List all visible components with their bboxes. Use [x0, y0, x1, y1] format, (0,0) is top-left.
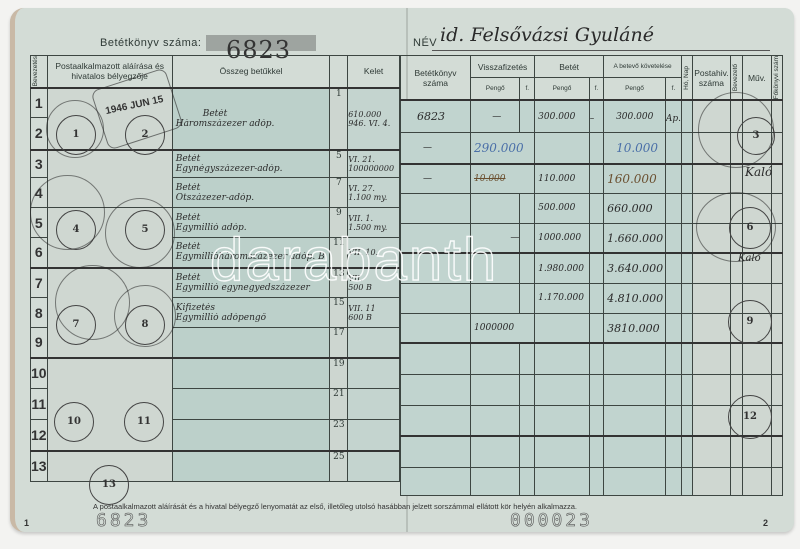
row-number: 3	[31, 150, 48, 178]
ledger-row	[401, 405, 783, 436]
date-cell: VII. 11600 B	[348, 298, 400, 328]
entry-number: 1	[330, 88, 348, 150]
signature-circle-9: 9	[728, 300, 772, 344]
entry-number: 7	[330, 178, 348, 208]
date-cell: 610.000946. VI. 4.	[348, 88, 400, 150]
page-number-left: 1	[24, 518, 29, 528]
perforation-number-left: 6823	[96, 510, 151, 531]
clerk-signature: Kaló	[738, 253, 761, 264]
amount-words-cell: BetétÖtszázezer-adóp.	[172, 178, 330, 208]
sub-header-pengo: Pengő	[471, 78, 520, 100]
row-number: 13	[31, 451, 48, 482]
date-cell	[348, 389, 400, 420]
date-cell	[348, 358, 400, 389]
signature-circle-13: 13	[89, 465, 129, 505]
watermark-text: darabanth	[210, 225, 498, 294]
amount-words-cell: BetétEgynégyszázezer-adóp.	[172, 150, 330, 178]
sub-header-filler: f.	[589, 78, 603, 100]
sub-header-pengo: Pengő	[535, 78, 590, 100]
account-holder-name: id. Felsővázsi Gyuláné	[440, 24, 654, 46]
repayment-cell: —	[471, 100, 520, 132]
row-number: 1	[31, 88, 48, 118]
ledger-row	[401, 374, 783, 405]
row-number: 7	[31, 268, 48, 298]
col-header-entry-no	[330, 56, 348, 88]
col-header-ledger: Főkönyvi szám	[771, 56, 782, 101]
date-cell: VI. 21.100000000	[348, 150, 400, 178]
passbook-number-label: Betétkönyv száma:	[100, 37, 201, 49]
entry-number: 21	[330, 389, 348, 420]
entry-number: 19	[330, 358, 348, 389]
row-number: 11	[31, 389, 48, 420]
col-header-passbook-no: Betétkönyv száma	[401, 56, 471, 101]
amount-words-cell	[172, 358, 330, 389]
date-cell	[348, 328, 400, 358]
col-header-deposit: Betét	[535, 56, 604, 78]
name-underline	[432, 50, 770, 51]
sub-header-filler: f.	[665, 78, 681, 100]
passbook-no-cell: 6823	[401, 100, 471, 132]
sub-header-pengo: Pengő	[604, 78, 666, 100]
sub-header-filler: f.	[520, 78, 535, 100]
amount-words-cell: BetétHáromszázezer adóp.	[172, 88, 330, 150]
row-number: 9	[31, 328, 48, 358]
name-label: NÉV	[413, 37, 437, 49]
postmark-stamp	[30, 175, 105, 250]
ledger-row: — 10.000 110.000 160.000	[401, 164, 783, 193]
postmark-stamp	[698, 92, 774, 168]
col-header-date: Kelet	[348, 56, 400, 88]
col-header-repayment: Visszafizetés	[471, 56, 535, 78]
footer-instruction: A postaalkalmazott aláírását és a hivata…	[93, 502, 733, 511]
signature-circle-12: 12	[728, 395, 772, 439]
signature-circle-10: 10	[54, 402, 94, 442]
date-cell: VI. 27.1.100 my.	[348, 178, 400, 208]
amount-words-cell	[172, 420, 330, 451]
row-number: 8	[31, 298, 48, 328]
row-number: 10	[31, 358, 48, 389]
amount-words-cell	[172, 389, 330, 420]
page-number-right: 2	[763, 518, 768, 528]
row-number: 2	[31, 118, 48, 150]
col-header-amount-words: Összeg betűkkel	[172, 56, 330, 88]
entry-number: 23	[330, 420, 348, 451]
entry-number: 17	[330, 328, 348, 358]
date-cell	[348, 420, 400, 451]
col-header-month-day: Hó, Nap	[682, 56, 693, 101]
amount-words-cell	[172, 328, 330, 358]
ledger-row: 1000000 3810.000	[401, 313, 783, 343]
col-header-balance: A betevő követelése	[604, 56, 682, 78]
entry-number: 25	[330, 451, 348, 482]
entry-number: 15	[330, 298, 348, 328]
clerk-signature: Kaló	[745, 165, 772, 179]
entry-number: 5	[330, 150, 348, 178]
col-header-row-no: Bevezetés	[31, 56, 48, 88]
date-cell	[348, 451, 400, 482]
ledger-row	[401, 343, 783, 374]
ledger-row	[401, 436, 783, 467]
row-number: 12	[31, 420, 48, 451]
deposit-cell: 300.000	[535, 100, 590, 132]
amount-words-cell: KifizetésEgymillió adópengő	[172, 298, 330, 328]
postmark-stamp	[114, 285, 176, 347]
perforation-number-right: 000023	[510, 510, 593, 531]
balance-cell: 300.000	[604, 100, 666, 132]
postmark-stamp	[696, 192, 776, 262]
amount-words-cell	[172, 451, 330, 482]
postmark-stamp	[105, 198, 175, 268]
signature-circle-11: 11	[124, 402, 164, 442]
ledger-row	[401, 467, 783, 495]
